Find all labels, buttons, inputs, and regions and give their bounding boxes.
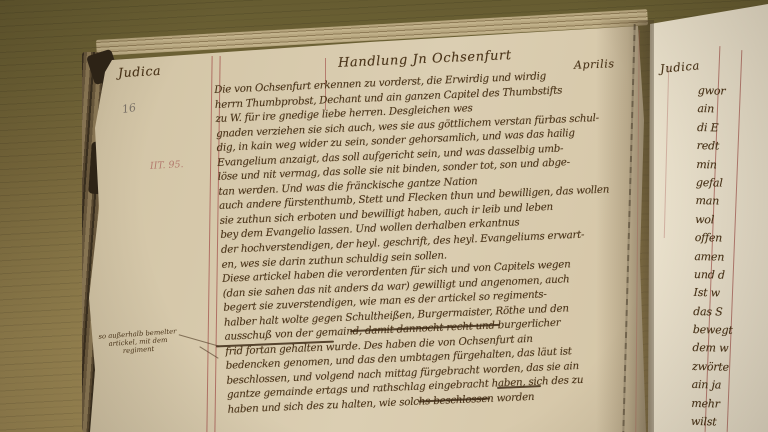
right-page-line-fragment: gwor [698, 84, 768, 104]
right-page-line-fragment: ain [697, 102, 767, 122]
right-page-text-fragments: gworaindi Eredtmingefalmanwoloffenamenun… [691, 84, 768, 432]
right-page-line-fragment: ain ja [691, 378, 761, 398]
right-page-line-fragment: zwörte [692, 360, 762, 380]
manuscript-photo: Judica Handlung Jn Ochsenfurt Aprilis 16… [0, 0, 768, 432]
right-page-line-fragment: das S [693, 305, 763, 325]
right-page-line-fragment: mehr [691, 397, 761, 417]
right-page-line-fragment: min [696, 158, 766, 178]
right-page-line-fragment: di E [697, 121, 767, 141]
right-page-line-fragment: bewegt [693, 323, 763, 343]
right-page-line-fragment: wol [695, 213, 765, 233]
pencil-folio-note: 16 [121, 101, 137, 116]
right-page-line-fragment: amen [694, 249, 764, 269]
right-page-line-fragment: dem w [692, 341, 762, 361]
red-pencil-signature-note: IIT. 95. [150, 159, 184, 172]
right-page-line-fragment: gefal [696, 176, 766, 196]
left-page-liturgical-day: Judica [118, 63, 162, 80]
manuscript-body: Die von Ochsenfurt erkennen zu vorderst,… [214, 66, 656, 418]
right-page-line-fragment: man [695, 194, 765, 214]
right-page-line-fragment: Ist w [693, 286, 763, 306]
right-page-line-fragment: und d [694, 268, 764, 288]
right-page-line-fragment: redt [696, 139, 766, 159]
right-page-line-fragment: wilst [691, 415, 761, 432]
right-page-line-fragment: offen [695, 231, 765, 251]
